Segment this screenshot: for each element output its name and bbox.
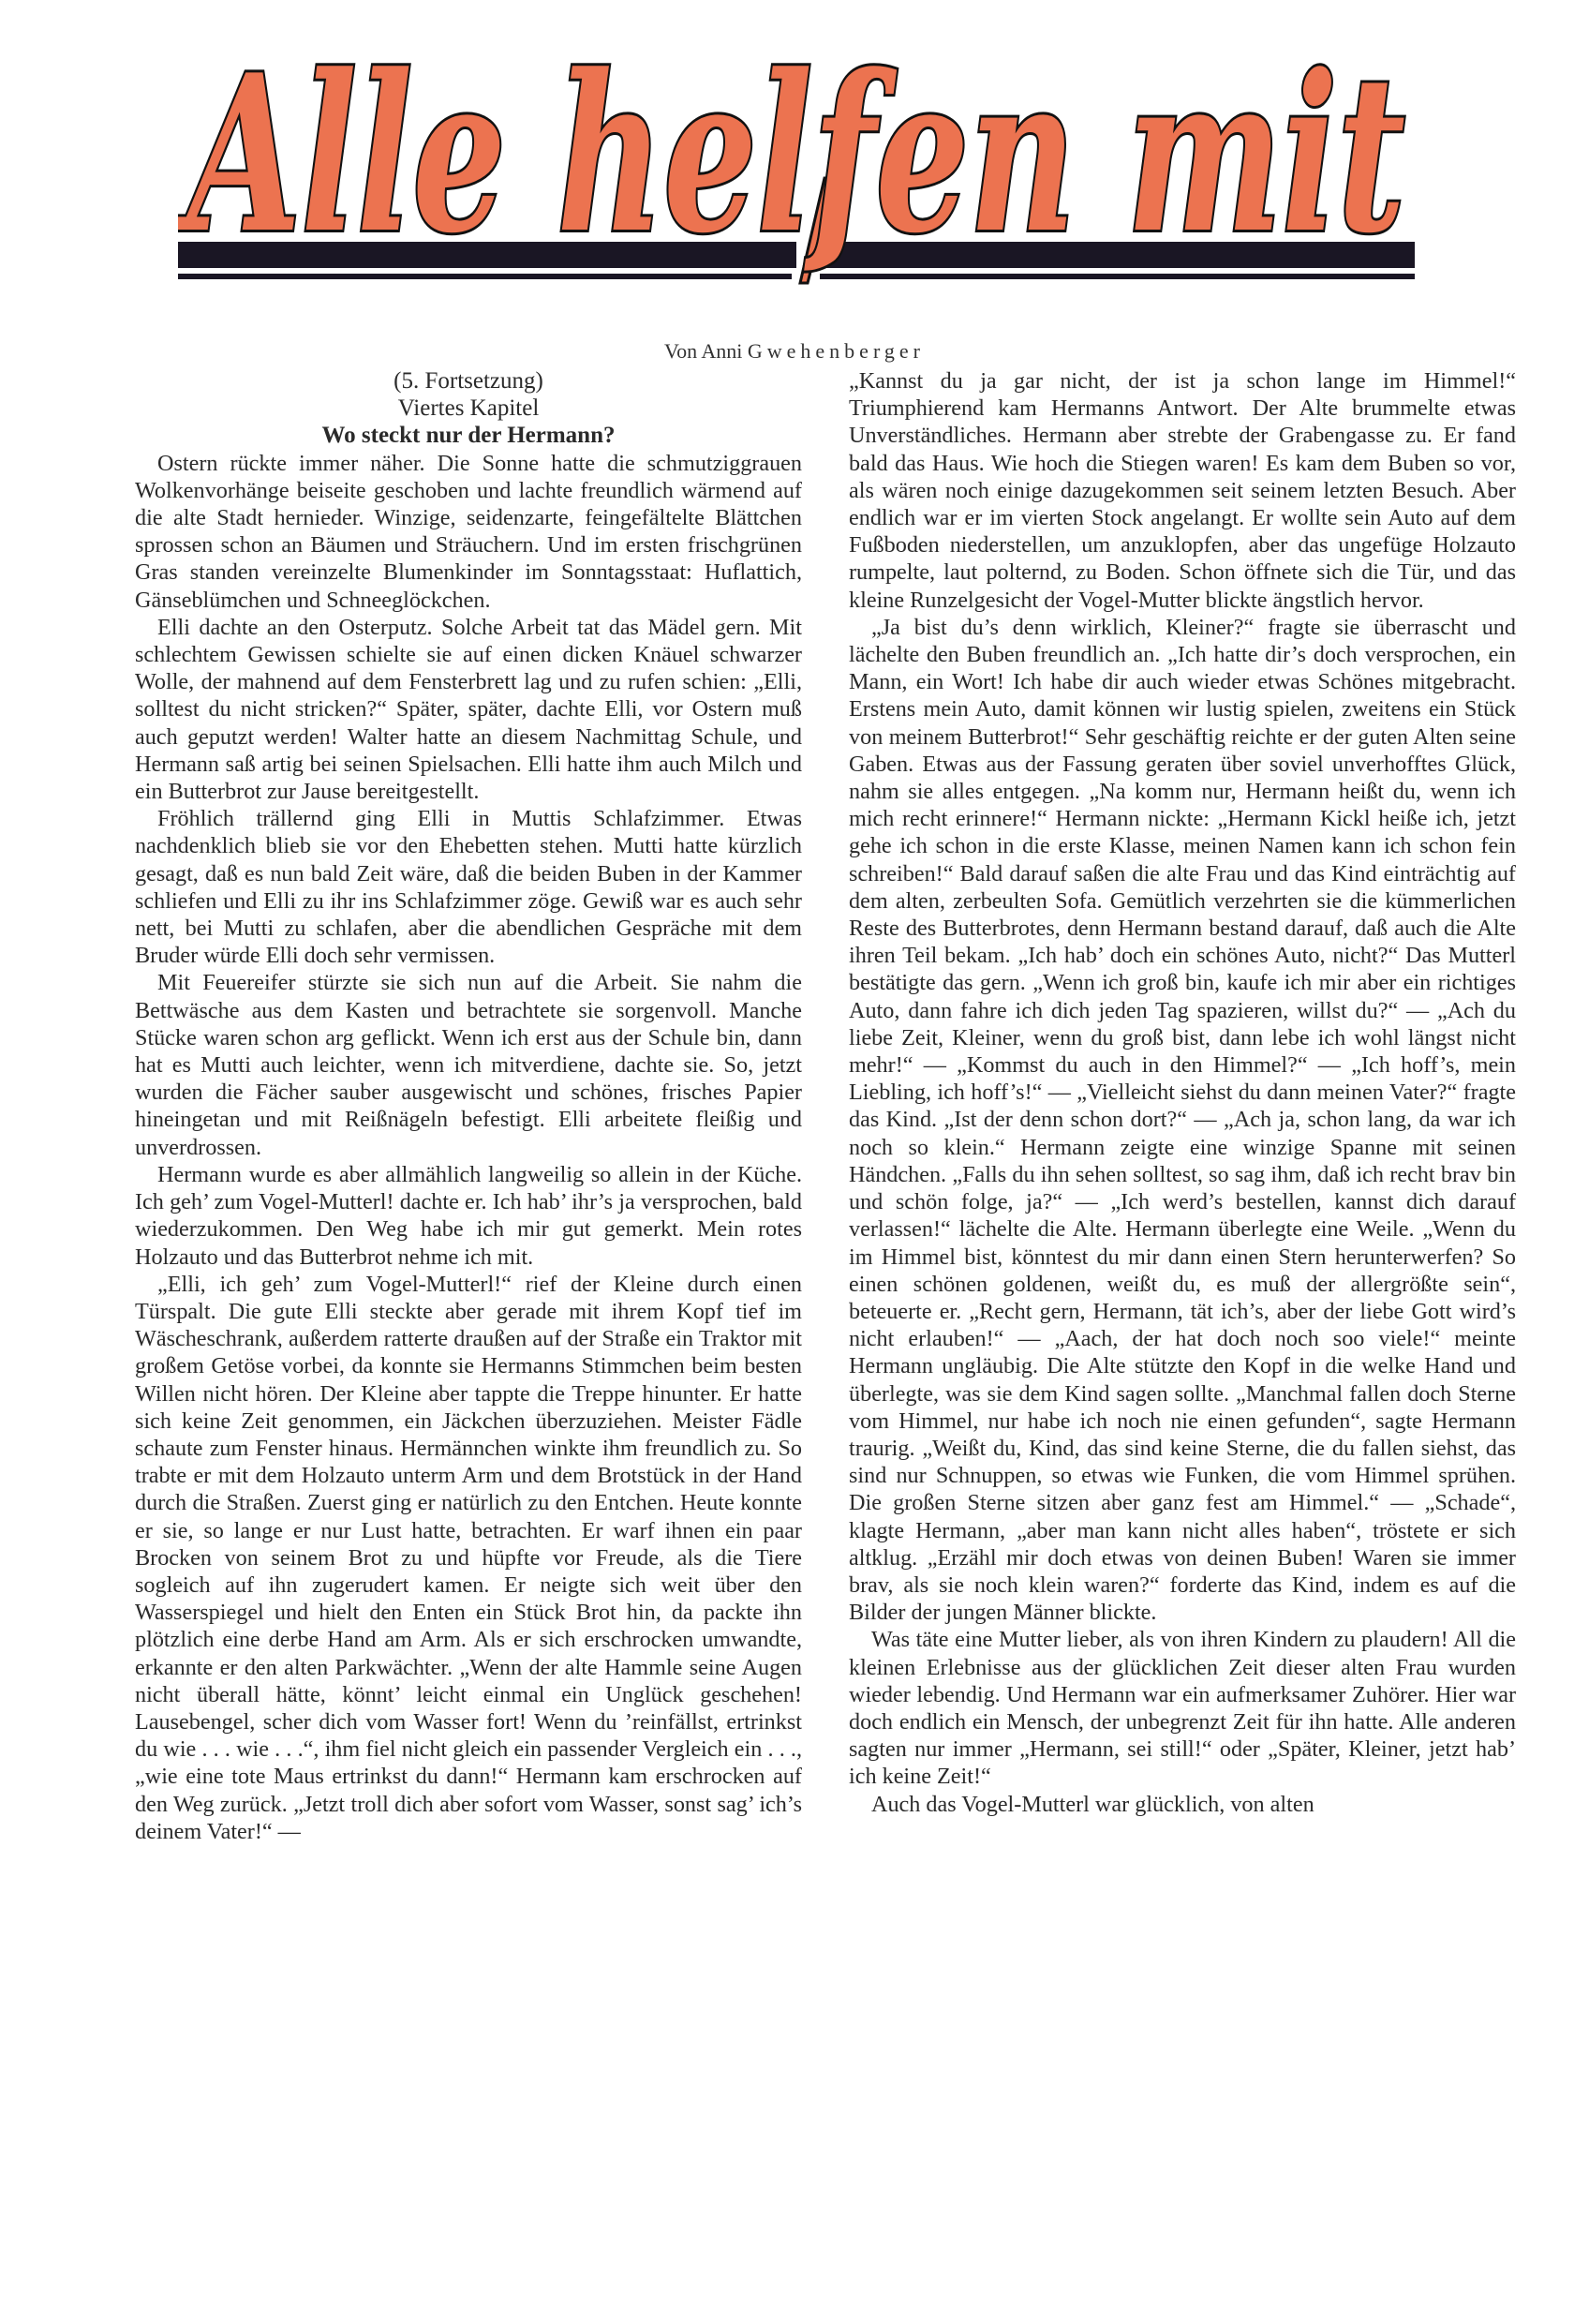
paragraph: Hermann wurde es aber allmählich langwei… <box>135 1161 802 1271</box>
paragraph: Ostern rückte immer näher. Die Sonne hat… <box>135 450 802 614</box>
paragraph: Was täte eine Mutter lieber, als von ihr… <box>849 1626 1516 1790</box>
title-logo: Alle helfen mit <box>178 37 1415 300</box>
installment-label: (5. Fortsetzung) <box>135 367 802 395</box>
paragraph: Elli dachte an den Osterputz. Solche Arb… <box>135 614 802 805</box>
paragraph: Mit Feuereifer stürzte sie sich nun auf … <box>135 969 802 1160</box>
paragraph: Fröhlich trällernd ging Elli in Muttis S… <box>135 805 802 969</box>
title-text: Alle helfen mit <box>178 37 1405 281</box>
paragraph: „Ja bist du’s denn wirklich, Kleiner?“ f… <box>849 614 1516 1627</box>
masthead: Alle helfen mit <box>178 37 1415 300</box>
byline-author: Gwehenberger <box>748 339 925 363</box>
right-column: „Kannst du ja gar nicht, der ist ja scho… <box>849 367 1516 1818</box>
chapter-label: Viertes Kapitel <box>135 395 802 422</box>
byline-prefix: Von Anni <box>664 339 748 363</box>
byline: Von Anni Gwehenberger <box>0 339 1589 364</box>
left-column: (5. Fortsetzung) Viertes Kapitel Wo stec… <box>135 367 802 1845</box>
chapter-title: Wo steckt nur der Hermann? <box>135 422 802 449</box>
paragraph: „Kannst du ja gar nicht, der ist ja scho… <box>849 367 1516 614</box>
paragraph: „Elli, ich geh’ zum Vogel-Mutterl!“ rief… <box>135 1271 802 1845</box>
paragraph: Auch das Vogel-Mutterl war glücklich, vo… <box>849 1791 1516 1818</box>
